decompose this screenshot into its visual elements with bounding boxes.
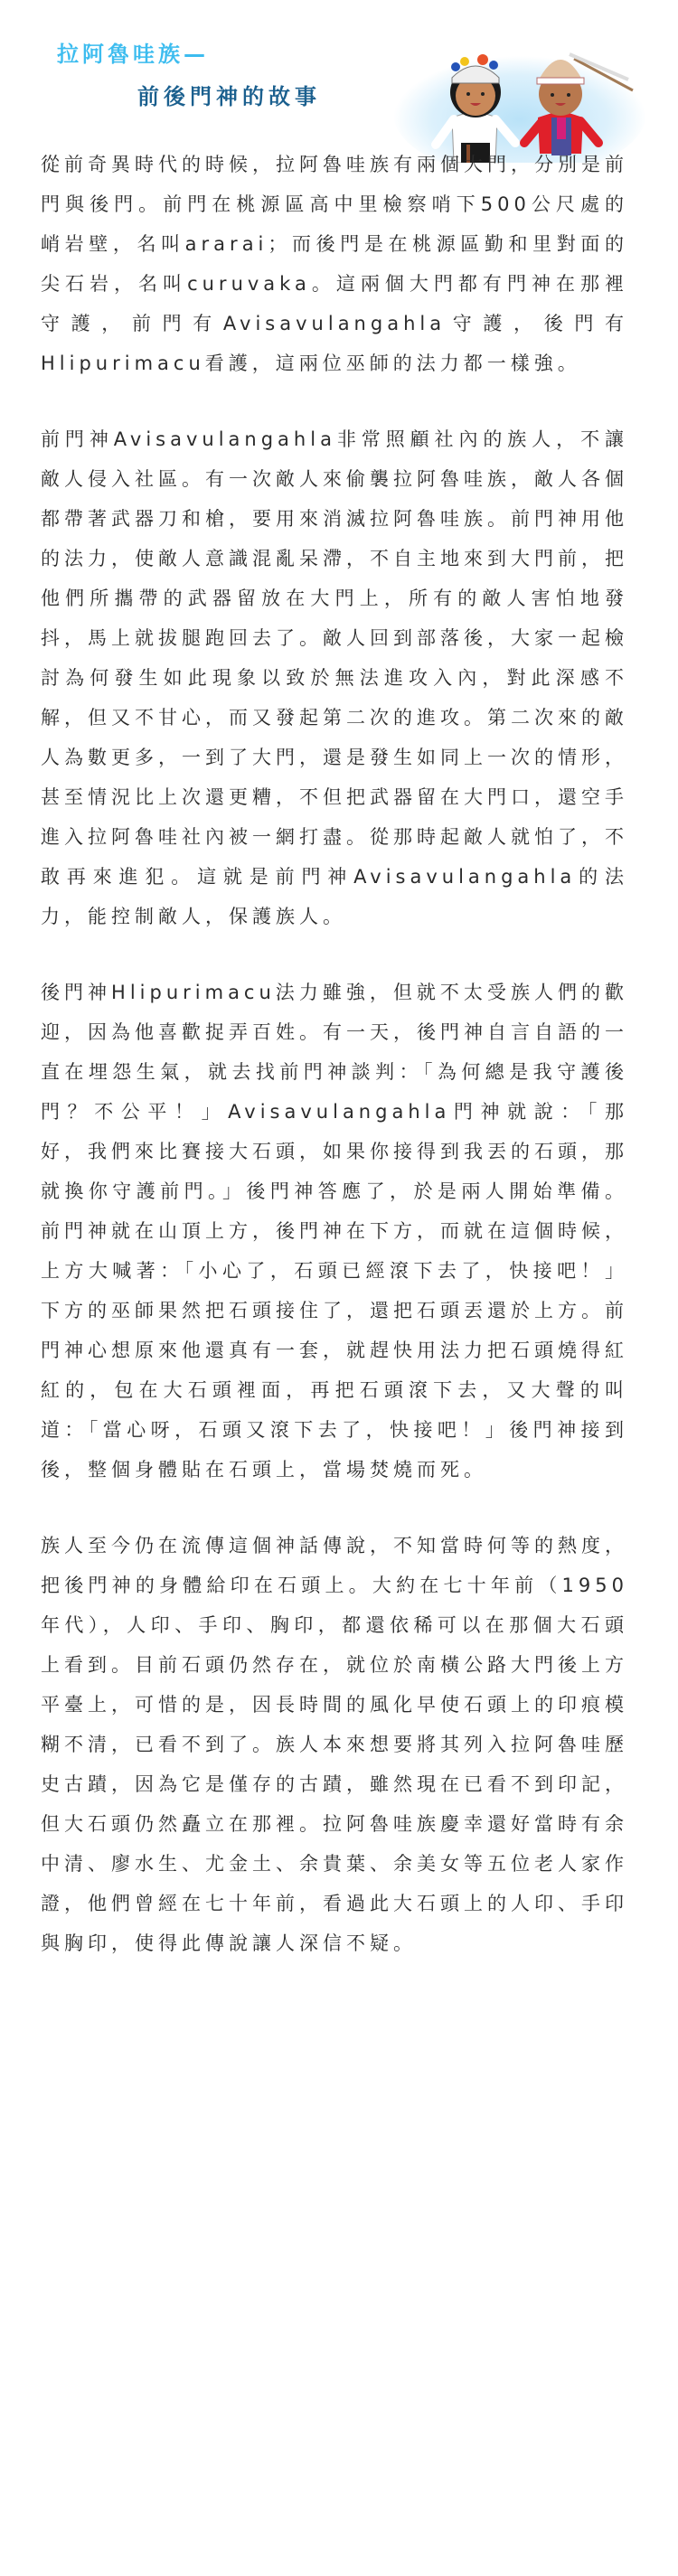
story-paragraph-2: 前門神Avisavulangahla非常照顧社內的族人，不讓敵人侵入社區。有一次… bbox=[41, 419, 628, 936]
children-illustration bbox=[389, 27, 651, 163]
page-header: 拉阿魯哇族— 前後門神的故事 bbox=[0, 0, 678, 154]
page-title: 拉阿魯哇族— bbox=[57, 36, 209, 68]
story-paragraph-3: 後門神Hlipurimacu法力雖強，但就不太受族人們的歡迎，因為他喜歡捉弄百姓… bbox=[41, 973, 628, 1490]
story-paragraph-4: 族人至今仍在流傳這個神話傳說，不知當時何等的熱度，把後門神的身體給印在石頭上。大… bbox=[41, 1526, 628, 1963]
story-body: 從前奇異時代的時候，拉阿魯哇族有兩個大門，分別是前門與後門。前門在桃源區高中里檢… bbox=[41, 145, 628, 1999]
page-subtitle: 前後門神的故事 bbox=[137, 79, 321, 110]
story-paragraph-1: 從前奇異時代的時候，拉阿魯哇族有兩個大門，分別是前門與後門。前門在桃源區高中里檢… bbox=[41, 145, 628, 383]
